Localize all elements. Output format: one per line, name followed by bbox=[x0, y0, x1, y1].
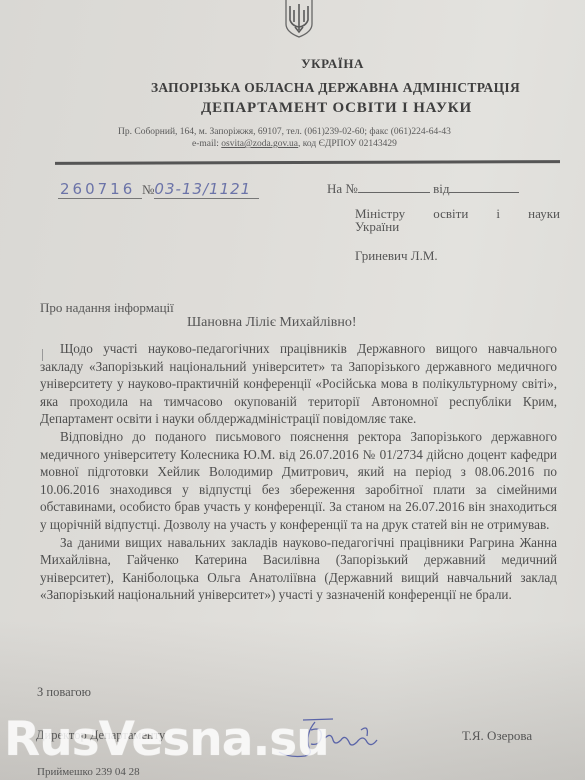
email-label: e-mail: bbox=[192, 139, 219, 149]
letterhead-address: Пр. Соборний, 164, м. Запоріжжя, 69107, … bbox=[118, 127, 451, 137]
letterhead-divider bbox=[55, 160, 560, 165]
reference-line: На № від bbox=[327, 180, 519, 197]
letterhead-country: УКРАЇНА bbox=[40, 56, 585, 72]
outgoing-number: 03-13/1121 bbox=[154, 180, 259, 199]
registration-date: 260716 bbox=[58, 180, 142, 199]
letterhead-department: ДЕПАРТАМЕНТ ОСВІТИ І НАУКИ bbox=[44, 100, 585, 117]
letterhead-contact: e-mail: osvita@zoda.gov.ua, код ЄДРПОУ 0… bbox=[192, 139, 397, 149]
closing-phrase: З повагою bbox=[37, 685, 91, 700]
number-sign: № bbox=[142, 182, 154, 197]
body-paragraph: Щодо участі науково-педагогічних працівн… bbox=[40, 340, 557, 428]
letter-subject: Про надання інформації bbox=[40, 300, 174, 316]
letter-body: Щодо участі науково-педагогічних працівн… bbox=[40, 340, 557, 604]
email-link[interactable]: osvita@zoda.gov.ua bbox=[221, 139, 298, 149]
signer-name: Т.Я. Озерова bbox=[462, 728, 532, 744]
from-label: від bbox=[433, 181, 449, 196]
body-paragraph: Відповідно до поданого письмового поясне… bbox=[40, 428, 557, 534]
addressee-word: і bbox=[496, 207, 500, 220]
on-no-label: На № bbox=[327, 181, 358, 196]
addressee-word: освіти bbox=[433, 207, 468, 220]
trident-coat-of-arms-icon bbox=[284, 0, 314, 38]
addressee-country: України bbox=[355, 220, 560, 233]
addressee-word: науки bbox=[528, 207, 560, 220]
registration-number: 260716№03-13/1121 bbox=[58, 180, 259, 199]
executor-contact: Приймешко 239 04 28 bbox=[37, 766, 140, 778]
watermark: RusVesna.su bbox=[4, 712, 329, 767]
body-paragraph: За даними вищих навальних закладів науко… bbox=[40, 534, 557, 604]
addressee-block: Міністру освіти і науки України Гриневич… bbox=[355, 207, 560, 262]
letterhead-administration: ЗАПОРІЗЬКА ОБЛАСНА ДЕРЖАВНА АДМІНІСТРАЦІ… bbox=[43, 80, 585, 96]
on-no-blank bbox=[358, 180, 430, 193]
from-blank bbox=[449, 180, 519, 193]
letter-greeting: Шановна Ліліє Михайлівно! bbox=[187, 315, 357, 331]
addressee-name: Гриневич Л.М. bbox=[355, 249, 560, 262]
edrpou-code: , код ЄДРПОУ 02143429 bbox=[298, 139, 397, 149]
